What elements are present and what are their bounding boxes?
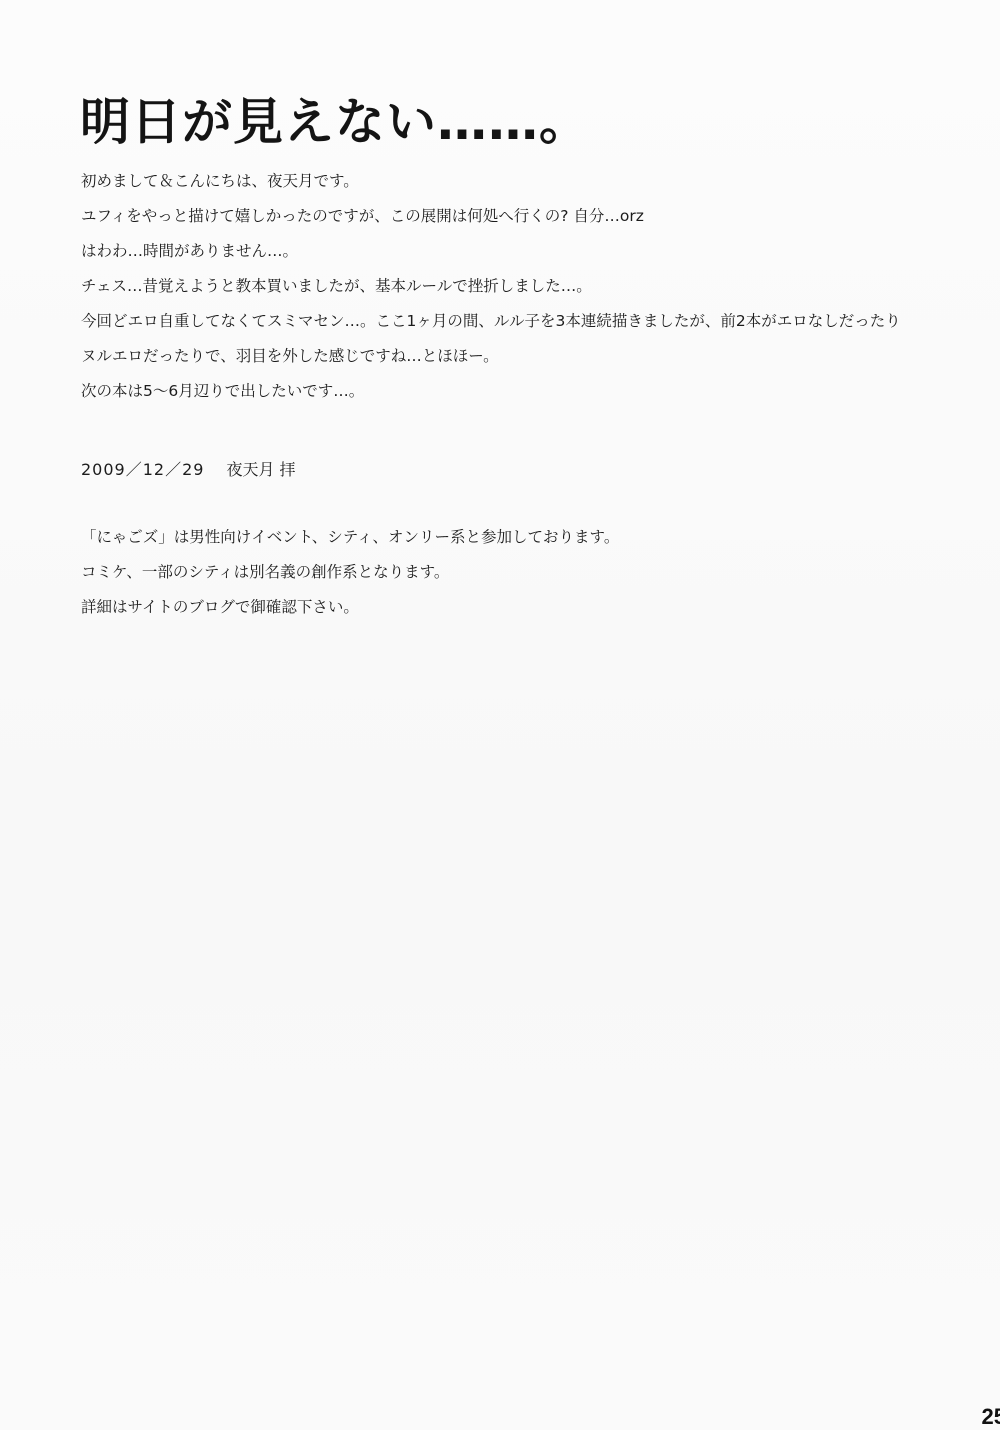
paragraph-line: ユフィをやっと描けて嬉しかったのですが、この展開は何処へ行くの? 自分…orz	[81, 206, 644, 226]
notice-line: コミケ、一部のシティは別名義の創作系となります。	[81, 562, 449, 582]
page-title: 明日が見えない……。	[80, 92, 590, 152]
paragraph-line: ヌルエロだったりで、羽目を外した感じですね…とほほー。	[81, 346, 499, 366]
notice-line: 詳細はサイトのブログで御確認下さい。	[81, 597, 359, 617]
document-page: 明日が見えない……。 初めまして＆こんにちは、夜天月です。 ユフィをやっと描けて…	[0, 0, 1000, 1430]
page-number: 25	[982, 1404, 1000, 1430]
paragraph-line: 初めまして＆こんにちは、夜天月です。	[81, 171, 359, 191]
signature-date: 2009／12／29	[81, 460, 204, 479]
paragraph-line: 今回どエロ自重してなくてスミマセン…。ここ1ヶ月の間、ルル子を3本連続描きました…	[81, 311, 901, 331]
paragraph-line: はわわ…時間がありません…。	[81, 241, 298, 261]
signature-author: 夜天月 拝	[226, 460, 295, 479]
notice-line: 「にゃごズ」は男性向けイベント、シティ、オンリー系と参加しております。	[81, 527, 619, 547]
paragraph-line: 次の本は5～6月辺りで出したいです…。	[81, 381, 364, 401]
signature: 2009／12／29夜天月 拝	[81, 457, 296, 480]
paragraph-line: チェス…昔覚えようと教本買いましたが、基本ルールで挫折しました…。	[81, 276, 592, 296]
